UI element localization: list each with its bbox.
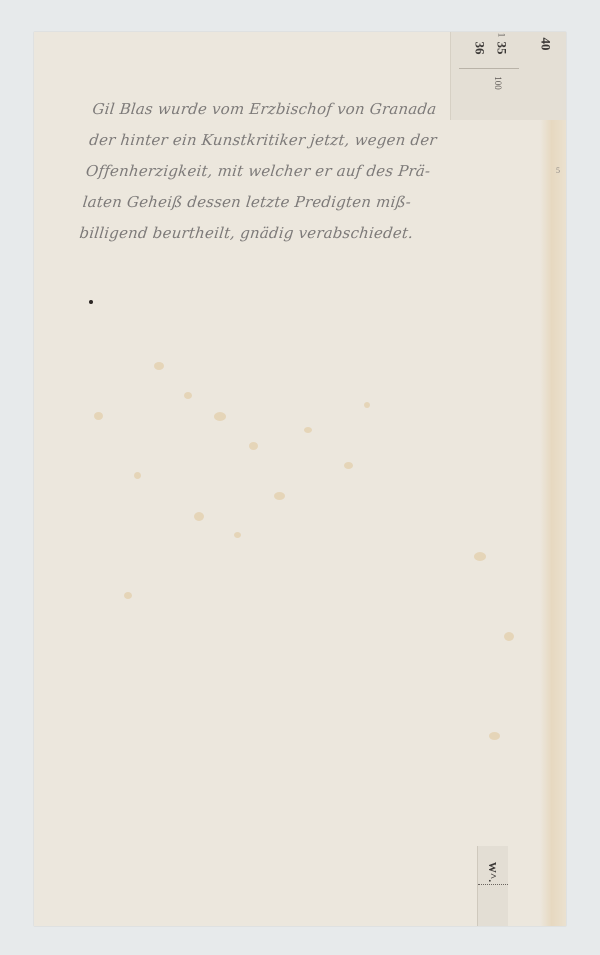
foxing-spot xyxy=(134,472,141,479)
foxing-spot xyxy=(504,632,514,641)
foxing-spot xyxy=(124,592,132,599)
handwriting-line: Offenherzigkeit, mit welcher er auf des … xyxy=(84,156,557,187)
manuscript-page: Gil Blas wurde vom Erzbischof von Granad… xyxy=(34,32,566,926)
foxing-spot xyxy=(344,462,353,469)
label-text: W^. xyxy=(486,862,498,882)
ink-dot xyxy=(89,300,93,304)
foxing-spot xyxy=(474,552,486,561)
foxing-spot xyxy=(274,492,285,500)
label-rule xyxy=(478,884,508,885)
foxing-spot xyxy=(304,427,312,433)
label-number: 35 xyxy=(494,42,510,55)
label-number: 40 xyxy=(538,38,554,51)
foxing-spot xyxy=(234,532,241,538)
foxing-spot xyxy=(194,512,204,521)
foxing-spot xyxy=(364,402,370,408)
foxing-spot xyxy=(214,412,226,421)
label-ruled-cells xyxy=(459,32,519,69)
margin-note: 5 xyxy=(556,166,560,175)
label-number: 36 xyxy=(472,42,488,55)
handwriting-line: der hinter ein Kunstkritiker jetzt, wege… xyxy=(88,125,561,156)
handwriting-line: laten Geheiß dessen letzte Predigten miß… xyxy=(81,187,554,218)
foxing-spot xyxy=(94,412,103,420)
foxing-spot xyxy=(489,732,500,740)
printed-label-fragment-top: 35 36 40 1 100 xyxy=(450,32,566,120)
foxing-spot xyxy=(154,362,164,370)
foxing-spot xyxy=(184,392,192,399)
foxing-spot xyxy=(249,442,258,450)
label-fragment-text: 1 xyxy=(496,33,506,38)
printed-label-fragment-bottom: W^. xyxy=(477,846,508,926)
handwriting-line: billigend beurtheilt, gnädig verabschied… xyxy=(78,218,551,249)
label-fragment-text: 100 xyxy=(493,76,503,90)
